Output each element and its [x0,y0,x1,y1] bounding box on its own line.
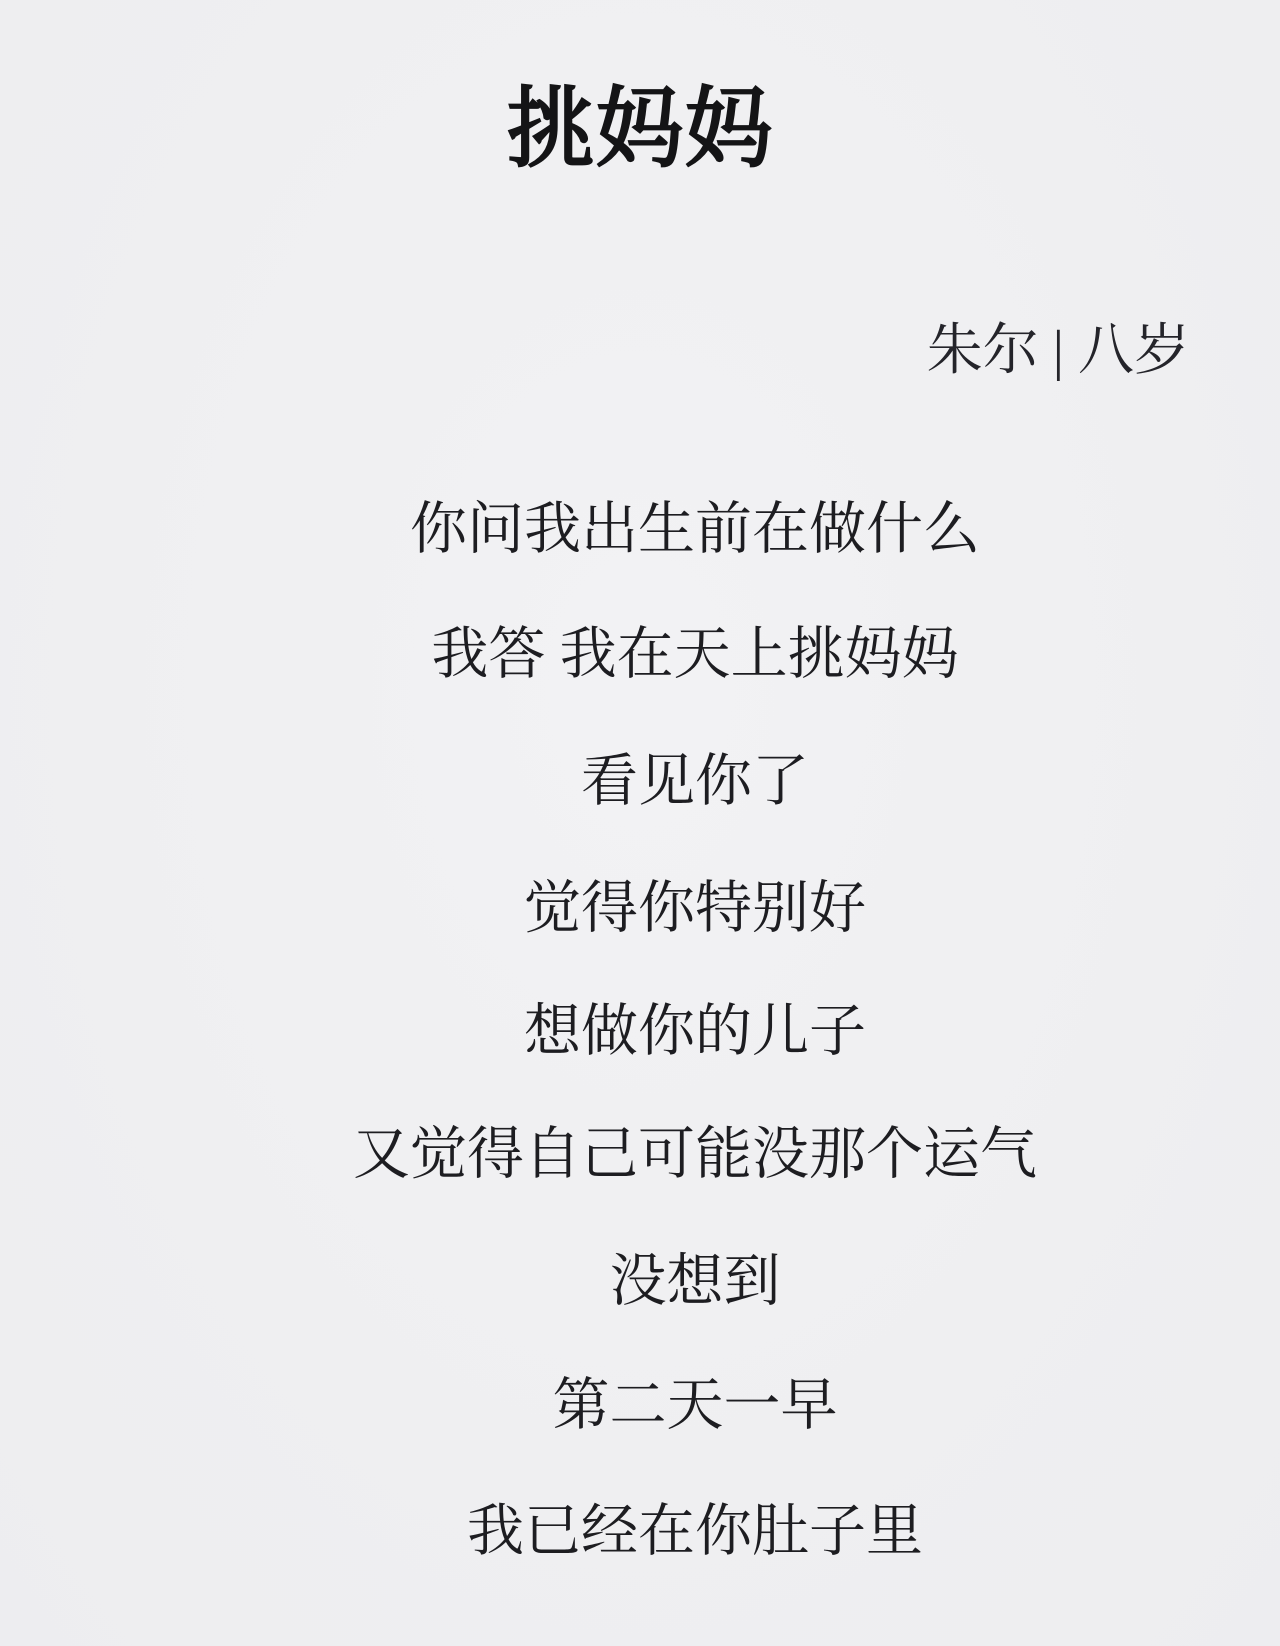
poem-line: 没想到 [0,1246,1280,1317]
poem-line: 想做你的儿子 [0,996,1280,1067]
poem-line: 第二天一早 [0,1370,1280,1441]
poem-line: 觉得你特别好 [0,873,1280,944]
poem-line: 看见你了 [0,746,1280,817]
poem-line: 我答 我在天上挑妈妈 [0,619,1280,690]
poem-line: 又觉得自己可能没那个运气 [0,1119,1280,1190]
poem-title: 挑妈妈 [0,72,1280,186]
poem-author-byline: 朱尔 | 八岁 [927,318,1190,385]
poem-page: 挑妈妈 朱尔 | 八岁 你问我出生前在做什么 我答 我在天上挑妈妈 看见你了 觉… [0,0,1280,1646]
poem-line: 我已经在你肚子里 [0,1496,1280,1567]
poem-line: 你问我出生前在做什么 [0,494,1280,565]
